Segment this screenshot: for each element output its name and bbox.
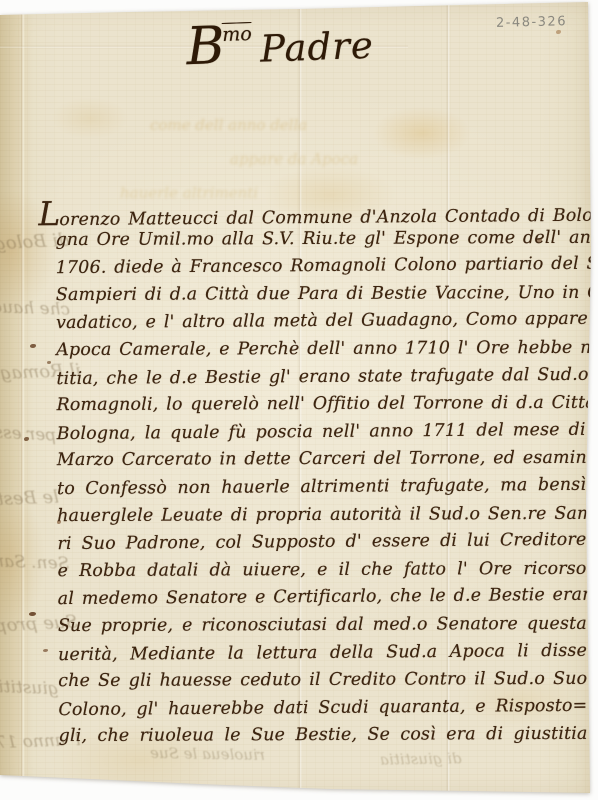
letter-body: Lorenzo Matteucci dal Commune d'Anzola C…: [38, 196, 587, 751]
ink-spot: [29, 612, 36, 616]
manuscript-line: Apoca Camerale, e Perchè dell' anno 1710…: [56, 335, 585, 365]
manuscript-line: gli, che riuoleua le Sue Bestie, Se così…: [59, 721, 588, 751]
manuscript-line: Romagnoli, lo querelò nell' Offitio del …: [57, 390, 586, 420]
manuscript-line: Bologna, la quale fù poscia nell' anno 1…: [57, 417, 586, 449]
manuscript-line: ri Suo Padrone, col Supposto d' essere d…: [57, 527, 586, 559]
manuscript-line: titia, che le d.e Bestie gl' erano state…: [56, 361, 585, 393]
bleed-through-fragment: di giustitia: [380, 749, 462, 768]
ink-spot: [30, 344, 36, 348]
manuscript-line: hauerglele Leuate di propria autorità il…: [57, 500, 586, 530]
salutation-superscript: mo: [222, 23, 252, 46]
manuscript-line: e Robba datali dà uiuere, e il che fatto…: [58, 556, 587, 586]
manuscript-line: al medemo Senatore e Certificarlo, che l…: [58, 582, 587, 614]
manuscript-line: 1706. diede à Francesco Romagnoli Colono…: [56, 251, 585, 283]
letter-sheet-wrap: di Bologna che hauendo il Romagnoli per …: [0, 0, 598, 800]
letter-sheet: di Bologna che hauendo il Romagnoli per …: [0, 0, 598, 800]
salutation-word: Padre: [251, 24, 374, 71]
manuscript-line: Colono, gl' hauerebbe dati Scudi quarant…: [58, 692, 587, 724]
manuscript-line: to Confessò non hauerle altrimenti trafu…: [57, 472, 586, 504]
fold-crease-left: [21, 0, 25, 800]
manuscript-line: Sue proprie, e riconosciutasi dal med.o …: [58, 611, 587, 641]
manuscript-line: Lorenzo Matteucci dal Commune d'Anzola C…: [38, 196, 584, 228]
bleed-through-fragment: appare da Apoca: [230, 150, 358, 168]
manuscript-line: Sampieri di d.a Città due Para di Bestie…: [56, 280, 585, 310]
manuscript-line: uerità, Mediante la lettura della Sud.a …: [58, 637, 587, 669]
salutation: BmoPadre: [149, 13, 411, 74]
bleed-through-fragment: come dell anno della: [150, 116, 307, 134]
manuscript-line: gna Ore Umil.mo alla S.V. Riu.te gl' Esp…: [56, 224, 585, 254]
salutation-initial: B: [185, 16, 223, 77]
scan-background: di Bologna che hauendo il Romagnoli per …: [0, 0, 598, 800]
manuscript-line: Marzo Carcerato in dette Carceri del Tor…: [57, 445, 586, 475]
foxing-spot: [556, 30, 561, 34]
ink-spot: [24, 437, 29, 441]
manuscript-line: che Se gli hauesse ceduto il Credito Con…: [58, 666, 587, 696]
archival-number: 2-48-326: [496, 14, 567, 31]
manuscript-line: vadatico, e l' altro alla metà del Guada…: [56, 306, 585, 338]
